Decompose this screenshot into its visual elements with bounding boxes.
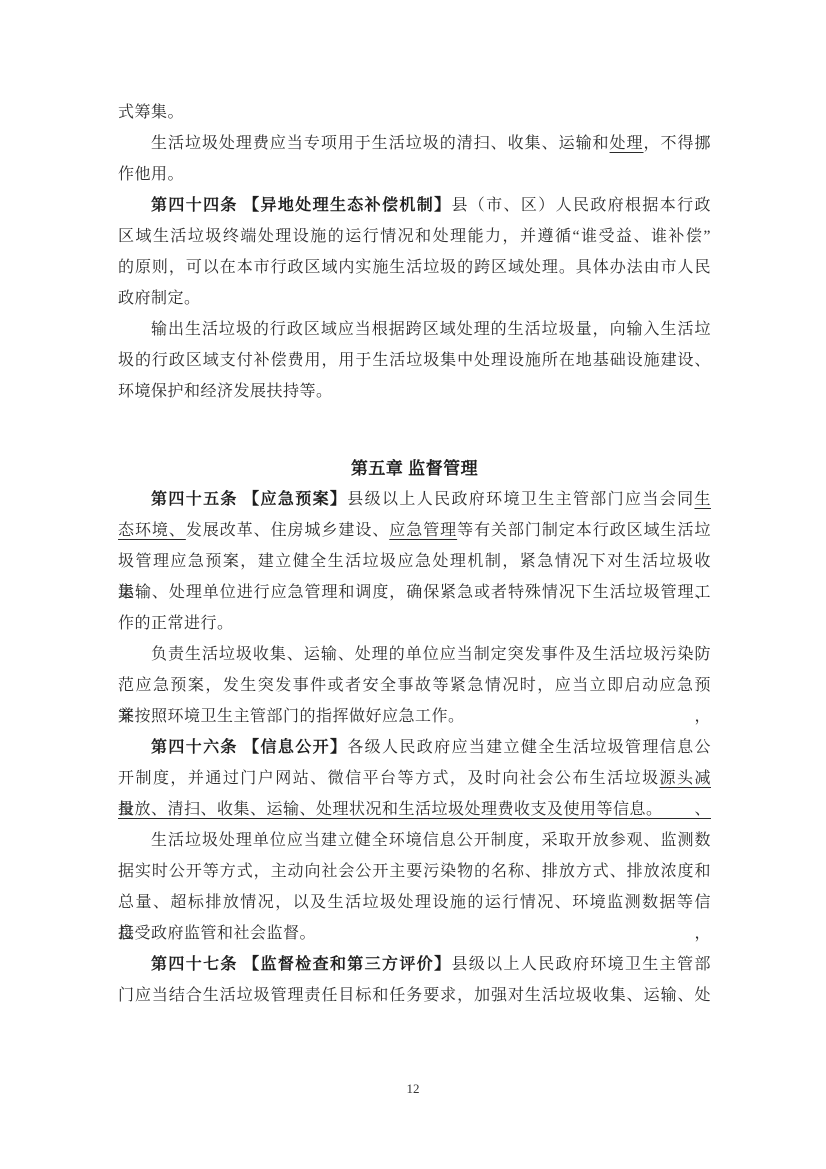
text-line: 政府制定。 [118,283,711,314]
article-47-line: 第四十七条 【监督检查和第三方评价】县级以上人民政府环境卫生主管部 [118,949,711,980]
underlined-text: 应急管理 [389,522,457,539]
text-line: 据实时公开等方式，主动向社会公开主要污染物的名称、排放方式、排放浓度和 [118,856,711,887]
text-line: 投放、清扫、收集、运输、处理状况和生活垃圾处理费收支及使用等信息。 [118,794,711,825]
text-run: 区域生活垃圾终端处理设施的运行情况和处理能力，并遵循“谁受益、谁补偿” [118,228,711,245]
text-run: 作他用。 [118,166,184,183]
text-run: 并按照环境卫生主管部门的指挥做好应急工作。 [118,708,465,725]
document-page: 式筹集。生活垃圾处理费应当专项用于生活垃圾的清扫、收集、运输和处理，不得挪作他用… [0,0,826,1169]
text-line: 环境保护和经济发展扶持等。 [118,376,711,407]
text-line: 式筹集。 [118,97,711,128]
text-line: 区域生活垃圾终端处理设施的运行情况和处理能力，并遵循“谁受益、谁补偿” [118,221,711,252]
text-run: 生活垃圾处理费应当专项用于生活垃圾的清扫、收集、运输和 [151,135,610,152]
text-run: 开制度，并通过门户网站、微信平台等方式，及时向社会公布生活垃圾 [118,770,660,787]
document-body: 式筹集。生活垃圾处理费应当专项用于生活垃圾的清扫、收集、运输和处理，不得挪作他用… [118,97,711,1011]
text-line: 总量、超标排放情况，以及生活垃圾处理设施的运行情况、环境监测数据等信息， [118,887,711,918]
article-46-line: 第四十六条 【信息公开】各级人民政府应当建立健全生活垃圾管理信息公 [118,732,711,763]
underlined-text: 投放、清扫、收集、运输、处理 [118,801,349,818]
text-run: 县（市、区）人民政府根据本行政 [451,197,711,214]
text-line: 输出生活垃圾的行政区域应当根据跨区域处理的生活垃圾量，向输入生活垃 [118,314,711,345]
text-run: 门应当结合生活垃圾管理责任目标和任务要求，加强对生活垃圾收集、运输、处 [118,987,711,1004]
text-run: 政府制定。 [118,290,201,307]
section-gap [118,407,711,453]
text-line: 生活垃圾处理单位应当建立健全环境信息公开制度，采取开放参观、监测数 [118,825,711,856]
text-run: 各级人民政府应当建立健全生活垃圾管理信息公 [347,739,711,756]
bold-label: 第四十六条 【信息公开】 [151,739,347,756]
bold-label: 第四十七条 【监督检查和第三方评价】 [151,956,451,973]
text-line: 范应急预案，发生突发事件或者安全事故等紧急情况时，应当立即启动应急预案， [118,670,711,701]
text-line: 圾管理应急预案，建立健全生活垃圾应急处理机制，紧急情况下对生活垃圾收集、 [118,546,711,577]
text-run: 接受政府监管和社会监督。 [118,925,316,942]
text-line: 运输、处理单位进行应急管理和调度，确保紧急或者特殊情况下生活垃圾管理工 [118,577,711,608]
text-run: 作的正常进行。 [118,615,234,632]
text-run: 输出生活垃圾的行政区域应当根据跨区域处理的生活垃圾量，向输入生活垃 [151,321,711,338]
text-line: 负责生活垃圾收集、运输、处理的单位应当制定突发事件及生活垃圾污染防 [118,639,711,670]
text-line: 开制度，并通过门户网站、微信平台等方式，及时向社会公布生活垃圾源头减量、 [118,763,711,794]
text-line: 作的正常进行。 [118,608,711,639]
article-45-line: 第四十五条 【应急预案】县级以上人民政府环境卫生主管部门应当会同生 [118,484,711,515]
chapter-heading: 第五章 监督管理 [118,453,711,484]
text-run: ，不得挪 [644,135,711,152]
text-run: 县级以上人民政府环境卫生主管部 [451,956,711,973]
page-number: 12 [0,1081,826,1097]
text-run: 生活垃圾处理单位应当建立健全环境信息公开制度，采取开放参观、监测数 [151,832,711,849]
text-run: 据实时公开等方式，主动向社会公开主要污染物的名称、排放方式、排放浓度和 [118,863,711,880]
text-run: 县级以上人民政府环境卫生主管部门应当会同 [347,491,694,508]
bold-label: 第五章 监督管理 [351,459,478,478]
underlined-text: 生 [694,491,711,508]
text-run: 负责生活垃圾收集、运输、处理的单位应当制定突发事件及生活垃圾污染防 [151,646,711,663]
text-line: 作他用。 [118,159,711,190]
text-line: 的原则，可以在本市行政区域内实施生活垃圾的跨区域处理。具体办法由市人民 [118,252,711,283]
text-run: 的原则，可以在本市行政区域内实施生活垃圾的跨区域处理。具体办法由市人民 [118,259,711,276]
article-44-line: 第四十四条 【异地处理生态补偿机制】县（市、区）人民政府根据本行政 [118,190,711,221]
text-run: 发展改革、住房城乡建设、 [186,522,389,539]
text-run: 状况和生活垃圾处理费收支及使用等信息。 [349,801,663,818]
text-line: 生活垃圾处理费应当专项用于生活垃圾的清扫、收集、运输和处理，不得挪 [118,128,711,159]
text-line: 态环境、发展改革、住房城乡建设、应急管理等有关部门制定本行政区域生活垃 [118,515,711,546]
text-run: 运输、处理单位进行应急管理和调度，确保紧急或者特殊情况下生活垃圾管理工 [118,584,711,601]
text-run: 式筹集。 [118,104,184,121]
underlined-text: 处理 [610,135,644,152]
underlined-text: 态环境、 [118,522,186,539]
text-run: 圾的行政区域支付补偿费用，用于生活垃圾集中处理设施所在地基础设施建设、 [118,352,711,369]
text-line: 圾的行政区域支付补偿费用，用于生活垃圾集中处理设施所在地基础设施建设、 [118,345,711,376]
bold-label: 第四十四条 【异地处理生态补偿机制】 [151,197,451,214]
text-run: 环境保护和经济发展扶持等。 [118,383,333,400]
text-line: 门应当结合生活垃圾管理责任目标和任务要求，加强对生活垃圾收集、运输、处 [118,980,711,1011]
text-run: 等有关部门制定本行政区域生活垃 [457,522,711,539]
bold-label: 第四十五条 【应急预案】 [151,491,347,508]
